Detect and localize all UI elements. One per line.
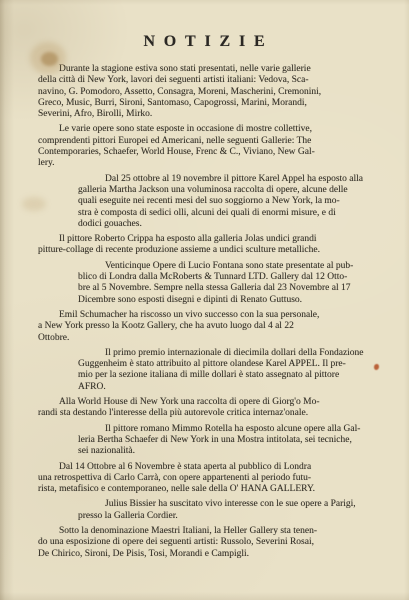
- text-line: Dicembre sono esposti disegni e dipinti …: [78, 295, 375, 306]
- text-line: Alla World House di New York una raccolt…: [38, 397, 375, 408]
- text-line: a New York presso la Kootz Gallery, che …: [38, 321, 375, 332]
- text-line: quali eseguite nei recenti mesi del suo …: [78, 196, 375, 207]
- text-line: Dal 25 ottobre al 19 novembre il pittore…: [78, 174, 375, 185]
- paragraph-2: Le varie opere sono state esposte in occ…: [38, 124, 375, 169]
- text-line: randi sta destando l'interesse della più…: [38, 408, 375, 419]
- paragraph-5: Venticinque Opere di Lucio Fontana sono …: [78, 261, 375, 306]
- text-line: Il pittore Roberto Crippa ha esposto all…: [38, 234, 375, 245]
- text-line: Sotto la denominazione Maestri Italiani,…: [38, 526, 375, 537]
- text-line: Guggenheim è stato attribuito al pittore…: [78, 359, 375, 370]
- text-line: blico di Londra dalla McRoberts & Tunnar…: [78, 272, 375, 283]
- text-line: Emil Schumacher ha riscosso un vivo succ…: [38, 310, 375, 321]
- text-line: Il primo premio internazionale di diecim…: [78, 348, 375, 359]
- paragraph-1: Durante la stagione estiva sono stati pr…: [38, 64, 375, 120]
- text-line: Le varie opere sono state esposte in occ…: [38, 124, 375, 135]
- text-line: Ottobre.: [38, 333, 375, 344]
- text-line: della città di New York, lavori dei segu…: [38, 75, 375, 86]
- paragraph-4: Il pittore Roberto Crippa ha esposto all…: [38, 234, 375, 257]
- text-line: Il pittore romano Mimmo Rotella ha espos…: [78, 424, 375, 435]
- text-line: leria Bertha Schaefer di New York in una…: [78, 435, 375, 446]
- text-line: navino, G. Pomodoro, Assetto, Consagra, …: [38, 87, 375, 98]
- paragraph-7: Il primo premio internazionale di diecim…: [78, 348, 375, 393]
- paragraph-11: Julius Bissier ha suscitato vivo interes…: [78, 499, 375, 522]
- page-title: NOTIZIE: [0, 33, 409, 51]
- text-line: comprendenti pittori Europei ed American…: [38, 136, 375, 147]
- text-line: do una esposizione di opere dei seguenti…: [38, 537, 375, 548]
- text-line: dodici gouaches.: [78, 219, 375, 230]
- paragraph-6: Emil Schumacher ha riscosso un vivo succ…: [38, 310, 375, 344]
- text-line: rista, metafisico e contemporaneo, nelle…: [38, 484, 375, 495]
- text-line: sei nazionalità.: [78, 446, 375, 457]
- text-line: Severini, Afro, Birolli, Mirko.: [38, 109, 375, 120]
- text-line: Venticinque Opere di Lucio Fontana sono …: [78, 261, 375, 272]
- text-line: De Chirico, Sironi, De Pisis, Tosi, Mora…: [38, 549, 375, 560]
- text-line: presso la Galleria Cordier.: [78, 511, 375, 522]
- text-line: galleria Martha Jackson una voluminosa r…: [78, 185, 375, 196]
- text-line: lery.: [38, 158, 375, 169]
- text-line: pitture-collage di recente produzione as…: [38, 245, 375, 256]
- paragraph-9: Il pittore romano Mimmo Rotella ha espos…: [78, 424, 375, 458]
- paragraph-3: Dal 25 ottobre al 19 novembre il pittore…: [78, 174, 375, 230]
- document-page: NOTIZIE Durante la stagione estiva sono …: [0, 0, 409, 600]
- text-line: bre al 5 Novembre. Sempre nella stessa G…: [78, 283, 375, 294]
- text-line: Julius Bissier ha suscitato vivo interes…: [78, 499, 375, 510]
- text-line: una retrospettiva di Carlo Carrà, con op…: [38, 473, 375, 484]
- paragraph-12: Sotto la denominazione Maestri Italiani,…: [38, 526, 375, 560]
- text-line: Dal 14 Ottobre al 6 Novembre è stata ape…: [38, 462, 375, 473]
- text-line: Greco, Music, Burri, Sironi, Santomaso, …: [38, 98, 375, 109]
- paragraph-8: Alla World House di New York una raccolt…: [38, 397, 375, 420]
- document-body: Durante la stagione estiva sono stati pr…: [0, 64, 409, 560]
- text-line: mio per la sezione italiana di mille dol…: [78, 370, 375, 381]
- paragraph-10: Dal 14 Ottobre al 6 Novembre è stata ape…: [38, 462, 375, 496]
- text-line: Contemporaries, Schaefer, World House, F…: [38, 147, 375, 158]
- text-line: Durante la stagione estiva sono stati pr…: [38, 64, 375, 75]
- text-line: stra è composta di sedici olli, alcuni d…: [78, 208, 375, 219]
- text-line: AFRO.: [78, 382, 375, 393]
